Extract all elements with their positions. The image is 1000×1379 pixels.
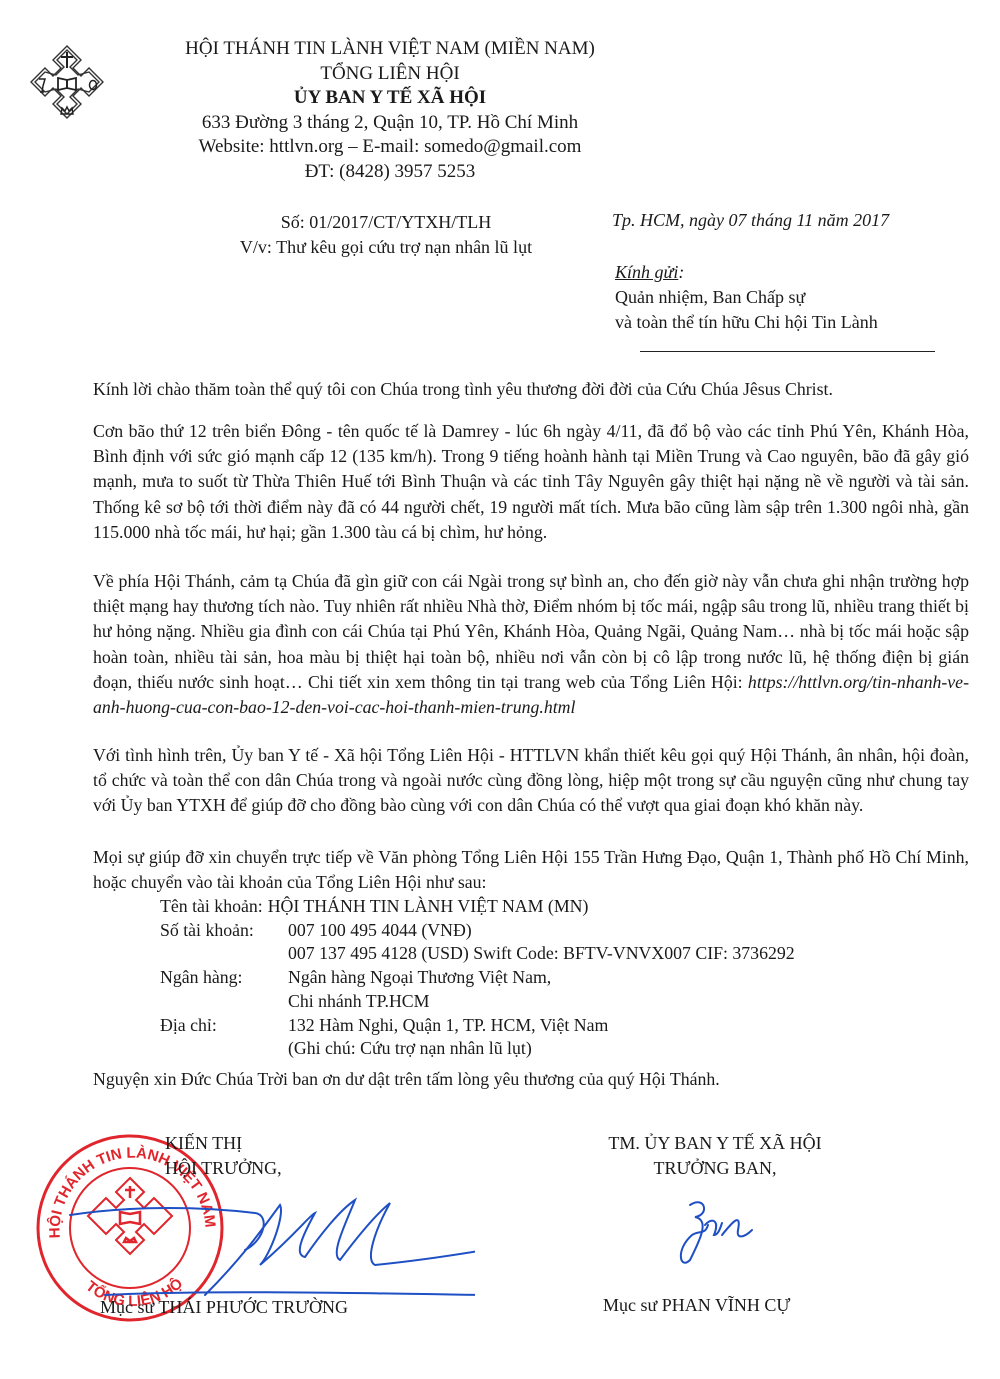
bank-value: 007 137 495 4128 (USD) Swift Code: BFTV-…: [288, 942, 795, 966]
org-name: HỘI THÁNH TIN LÀNH VIỆT NAM (MIỀN NAM): [120, 37, 660, 62]
bank-row-account-number-usd: 007 137 495 4128 (USD) Swift Code: BFTV-…: [160, 942, 795, 966]
recipient-line-2: và toàn thể tín hữu Chi hội Tin Lành: [615, 310, 878, 335]
right-sig-line2: TRƯỞNG BAN,: [585, 1156, 845, 1181]
chairman-signature-icon: [55, 1185, 475, 1305]
bank-value: Ngân hàng Ngoại Thương Việt Nam,: [288, 966, 551, 990]
bank-label: Tên tài khoản:: [160, 895, 263, 919]
bank-row-address: Địa chỉ:132 Hàm Nghi, Quận 1, TP. HCM, V…: [160, 1014, 795, 1038]
bank-label: Số tài khoản:: [160, 919, 288, 943]
bank-label: [160, 942, 288, 966]
committee-head-signature-icon: [670, 1195, 760, 1270]
org-subname: TỔNG LIÊN HỘI: [120, 62, 660, 87]
right-sig-line1: TM. ỦY BAN Y TẾ XÃ HỘI: [585, 1131, 845, 1156]
left-sig-line2: HỘI TRƯỞNG,: [165, 1156, 282, 1181]
left-sig-line1: KIẾN THỊ: [165, 1131, 282, 1156]
bank-label: Địa chỉ:: [160, 1014, 288, 1038]
closing-blessing: Nguyện xin Đức Chúa Trời ban ơn dư dật t…: [93, 1069, 720, 1090]
salutation-colon: :: [678, 262, 684, 282]
bank-value: HỘI THÁNH TIN LÀNH VIỆT NAM (MN): [268, 895, 589, 919]
church-cross-logo-icon: [15, 28, 119, 132]
recipients-block: Kính gửi: Quản nhiệm, Ban Chấp sự và toà…: [615, 260, 878, 335]
bank-details: Tên tài khoản:HỘI THÁNH TIN LÀNH VIỆT NA…: [160, 895, 795, 1061]
appeal-paragraph: Với tình hình trên, Ủy ban Y tế - Xã hội…: [93, 743, 969, 819]
bank-value: 132 Hàm Nghi, Quận 1, TP. HCM, Việt Nam: [288, 1014, 608, 1038]
bank-row-account-number: Số tài khoản:007 100 495 4044 (VNĐ): [160, 919, 795, 943]
org-contact: Website: httlvn.org – E-mail: somedo@gma…: [120, 135, 660, 160]
bank-label: Ngân hàng:: [160, 966, 288, 990]
bank-label: [160, 1037, 288, 1061]
document-date: Tp. HCM, ngày 07 tháng 11 năm 2017: [612, 210, 889, 231]
document-subject: V/v: Thư kêu gọi cứu trợ nạn nhân lũ lụt: [186, 235, 586, 260]
bank-value: 007 100 495 4044 (VNĐ): [288, 919, 472, 943]
recipient-line-1: Quản nhiệm, Ban Chấp sự: [615, 285, 878, 310]
church-impact-paragraph: Về phía Hội Thánh, cảm tạ Chúa đã gìn gi…: [93, 569, 969, 720]
committee-name: ỦY BAN Y TẾ XÃ HỘI: [120, 86, 660, 111]
salutation-label: Kính gửi: [615, 262, 678, 282]
left-signature-block: KIẾN THỊ HỘI TRƯỞNG, Mục sư THÁI PHƯỚC T…: [165, 1131, 282, 1180]
bank-value: Chi nhánh TP.HCM: [288, 990, 429, 1014]
org-address: 633 Đường 3 tháng 2, Quận 10, TP. Hồ Chí…: [120, 111, 660, 136]
bank-row-account-name: Tên tài khoản:HỘI THÁNH TIN LÀNH VIỆT NA…: [160, 895, 795, 919]
document-number: Số: 01/2017/CT/YTXH/TLH: [186, 210, 586, 235]
letterhead: HỘI THÁNH TIN LÀNH VIỆT NAM (MIỀN NAM) T…: [120, 37, 660, 184]
donation-instructions-paragraph: Mọi sự giúp đỡ xin chuyển trực tiếp về V…: [93, 845, 969, 895]
right-signature-block: TM. ỦY BAN Y TẾ XÃ HỘI TRƯỞNG BAN,: [585, 1131, 845, 1180]
bank-row-branch: Chi nhánh TP.HCM: [160, 990, 795, 1014]
left-signatory-name: Mục sư THÁI PHƯỚC TRƯỜNG: [100, 1295, 348, 1320]
bank-row-bank: Ngân hàng:Ngân hàng Ngoại Thương Việt Na…: [160, 966, 795, 990]
bank-row-note: (Ghi chú: Cứu trợ nạn nhân lũ lụt): [160, 1037, 795, 1061]
greeting-paragraph: Kính lời chào thăm toàn thể quý tôi con …: [93, 377, 969, 402]
org-phone: ĐT: (8428) 3957 5253: [120, 160, 660, 185]
bank-label: [160, 990, 288, 1014]
bank-value: (Ghi chú: Cứu trợ nạn nhân lũ lụt): [288, 1037, 532, 1061]
right-signatory-name: Mục sư PHAN VĨNH CỰ: [603, 1295, 790, 1316]
reference-block: Số: 01/2017/CT/YTXH/TLH V/v: Thư kêu gọi…: [186, 210, 586, 259]
storm-paragraph: Cơn bão thứ 12 trên biển Đông - tên quốc…: [93, 419, 969, 545]
recipient-divider: [640, 351, 935, 352]
